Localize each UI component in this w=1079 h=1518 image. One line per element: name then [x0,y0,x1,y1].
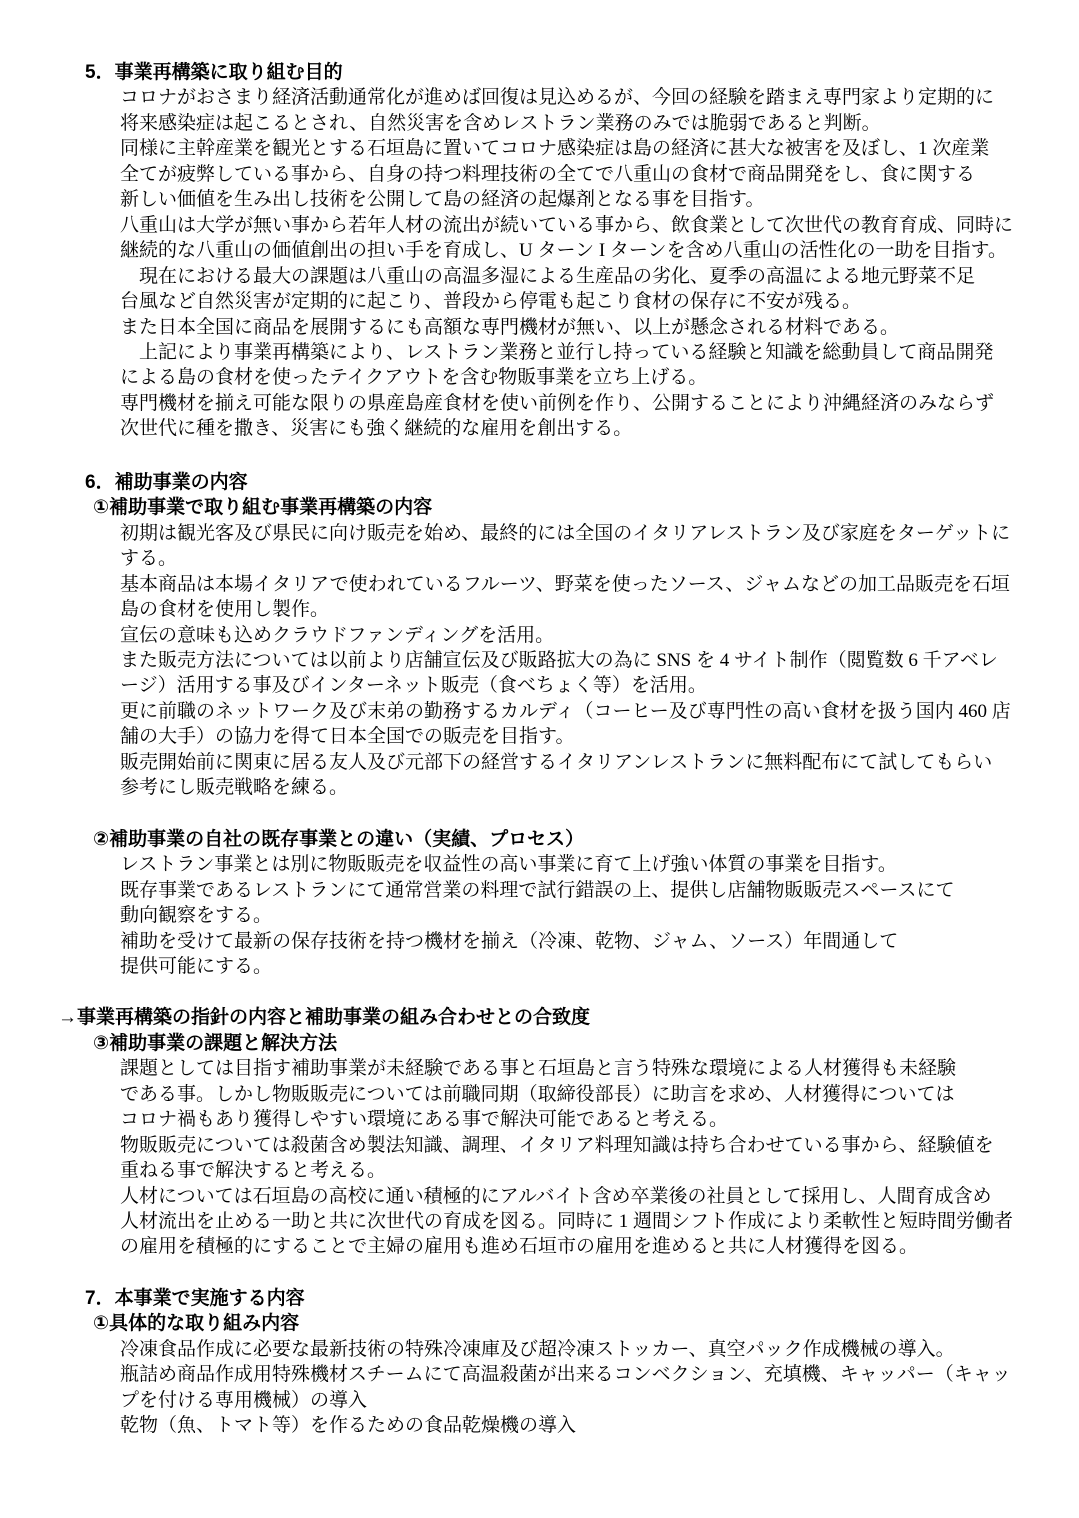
section-6-sub1-line: また販売方法については以前より店舗宣伝及び販路拡大の為に SNS を 4 サイト… [120,648,1079,673]
section-6-sub1-line: 販売開始前に関東に居る友人及び元部下の経営するイタリアンレストランに無料配布にて… [120,750,1079,775]
section-5-line: による島の食材を使ったテイクアウトを含む物販事業を立ち上げる。 [120,365,1079,390]
guideline-match-heading: →事業再構築の指針の内容と補助事業の組み合わせとの合致度 [58,1005,1079,1030]
section-6-sub3-line: 人材については石垣島の高校に通い積極的にアルバイト含め卒業後の社員として採用し、… [120,1184,1079,1209]
section-6-sub2-heading: ②補助事業の自社の既存事業との違い（実績、プロセス） [93,827,1079,852]
section-6-sub2-line: 提供可能にする。 [120,954,1079,979]
section-7-sub1-line: プを付ける専用機械）の導入 [120,1388,1079,1413]
section-6-sub1-line: する。 [120,546,1079,571]
section-7-heading: 7．本事業で実施する内容 [85,1286,1079,1311]
section-6-sub1-line: 参考にし販売戦略を練る。 [120,775,1079,800]
section-6-sub3-line: 人材流出を止める一助と共に次世代の育成を図る。同時に 1 週間シフト作成により柔… [120,1209,1079,1234]
section-5-line: 同様に主幹産業を観光とする石垣島に置いてコロナ感染症は島の経済に甚大な被害を及ぼ… [120,136,1079,161]
section-5-line: 新しい価値を生み出し技術を公開して島の経済の起爆剤となる事を目指す。 [120,187,1079,212]
section-6-sub2-line: レストラン事業とは別に物販販売を収益性の高い事業に育て上げ強い体質の事業を目指す… [120,852,1079,877]
section-5-line: 全てが疲弊している事から、自身の持つ料理技術の全てで八重山の食材で商品開発をし、… [120,162,1079,187]
blank-space [0,801,1079,827]
document-body: 5．事業再構築に取り組む目的 コロナがおさまり経済活動通常化が進めば回復は見込め… [0,0,1079,1439]
document-page: 5．事業再構築に取り組む目的 コロナがおさまり経済活動通常化が進めば回復は見込め… [0,0,1079,1518]
blank-space [0,1260,1079,1286]
section-5-line: 将来感染症は起こるとされ、自然災害を含めレストラン業務のみでは脆弱であると判断。 [120,111,1079,136]
section-6-sub3-line: の雇用を積極的にすることで主婦の雇用も進め石垣市の雇用を進めると共に人材獲得を図… [120,1234,1079,1259]
section-6-sub2-line: 動向観察をする。 [120,903,1079,928]
section-6-sub1-line: ージ）活用する事及びインターネット販売（食べちょく等）を活用。 [120,673,1079,698]
section-7-sub1-heading: ①具体的な取り組み内容 [93,1311,1079,1336]
section-5-line: 現在における最大の課題は八重山の高温多湿による生産品の劣化、夏季の高温による地元… [120,264,1079,289]
section-6-sub3-line: 重ねる事で解決すると考える。 [120,1158,1079,1183]
section-7-sub1-line: 冷凍食品作成に必要な最新技術の特殊冷凍庫及び超冷凍ストッカー、真空パック作成機械… [120,1337,1079,1362]
section-6-sub2-line: 既存事業であるレストランにて通常営業の料理で試行錯誤の上、提供し店舗物販販売スペ… [120,878,1079,903]
section-6-sub3-heading: ③補助事業の課題と解決方法 [93,1031,1079,1056]
section-6-sub2-line: 補助を受けて最新の保存技術を持つ機材を揃え（冷凍、乾物、ジャム、ソース）年間通し… [120,929,1079,954]
blank-space [0,442,1079,470]
section-6-sub1-line: 舗の大手）の協力を得て日本全国での販売を目指す。 [120,724,1079,749]
section-6-sub3-line: 課題としては目指す補助事業が未経験である事と石垣島と言う特殊な環境による人材獲得… [120,1056,1079,1081]
section-6-sub3-line: 物販販売については殺菌含め製法知識、調理、イタリア料理知識は持ち合わせている事か… [120,1133,1079,1158]
section-6-sub1-line: 島の食材を使用し製作。 [120,597,1079,622]
section-6-heading: 6．補助事業の内容 [85,470,1079,495]
section-5-line: 八重山は大学が無い事から若年人材の流出が続いている事から、飲食業として次世代の教… [120,213,1079,238]
section-6-sub1-line: 初期は観光客及び県民に向け販売を始め、最終的には全国のイタリアレストラン及び家庭… [120,521,1079,546]
section-5-line: 継続的な八重山の価値創出の担い手を育成し、U ターン I ターンを含め八重山の活… [120,238,1079,263]
section-5-line: 次世代に種を撒き、災害にも強く継続的な雇用を創出する。 [120,416,1079,441]
section-6-sub1-line: 宣伝の意味も込めクラウドファンディングを活用。 [120,623,1079,648]
section-5-line: 上記により事業再構築により、レストラン業務と並行し持っている経験と知識を総動員し… [120,340,1079,365]
section-5-line: また日本全国に商品を展開するにも高額な専門機材が無い、以上が懸念される材料である… [120,315,1079,340]
section-6-sub1-line: 更に前職のネットワーク及び末弟の勤務するカルディ（コーヒー及び専門性の高い食材を… [120,699,1079,724]
section-7-sub1-line: 乾物（魚、トマト等）を作るための食品乾燥機の導入 [120,1413,1079,1438]
blank-space [0,979,1079,1005]
section-5-line: 台風など自然災害が定期的に起こり、普段から停電も起こり食材の保存に不安が残る。 [120,289,1079,314]
section-7-sub1-line: 瓶詰め商品作成用特殊機材スチームにて高温殺菌が出来るコンベクション、充填機、キャ… [120,1362,1079,1387]
section-6-sub3-line: コロナ禍もあり獲得しやすい環境にある事で解決可能であると考える。 [120,1107,1079,1132]
section-5-line: 専門機材を揃え可能な限りの県産島産食材を使い前例を作り、公開することにより沖縄経… [120,391,1079,416]
section-6-sub3-line: である事。しかし物販販売については前職同期（取締役部長）に助言を求め、人材獲得に… [120,1082,1079,1107]
section-5-line: コロナがおさまり経済活動通常化が進めば回復は見込めるが、今回の経験を踏まえ専門家… [120,85,1079,110]
section-6-sub1-line: 基本商品は本場イタリアで使われているフルーツ、野菜を使ったソース、ジャムなどの加… [120,572,1079,597]
section-5-heading: 5．事業再構築に取り組む目的 [85,60,1079,85]
section-6-sub1-heading: ①補助事業で取り組む事業再構築の内容 [93,495,1079,520]
